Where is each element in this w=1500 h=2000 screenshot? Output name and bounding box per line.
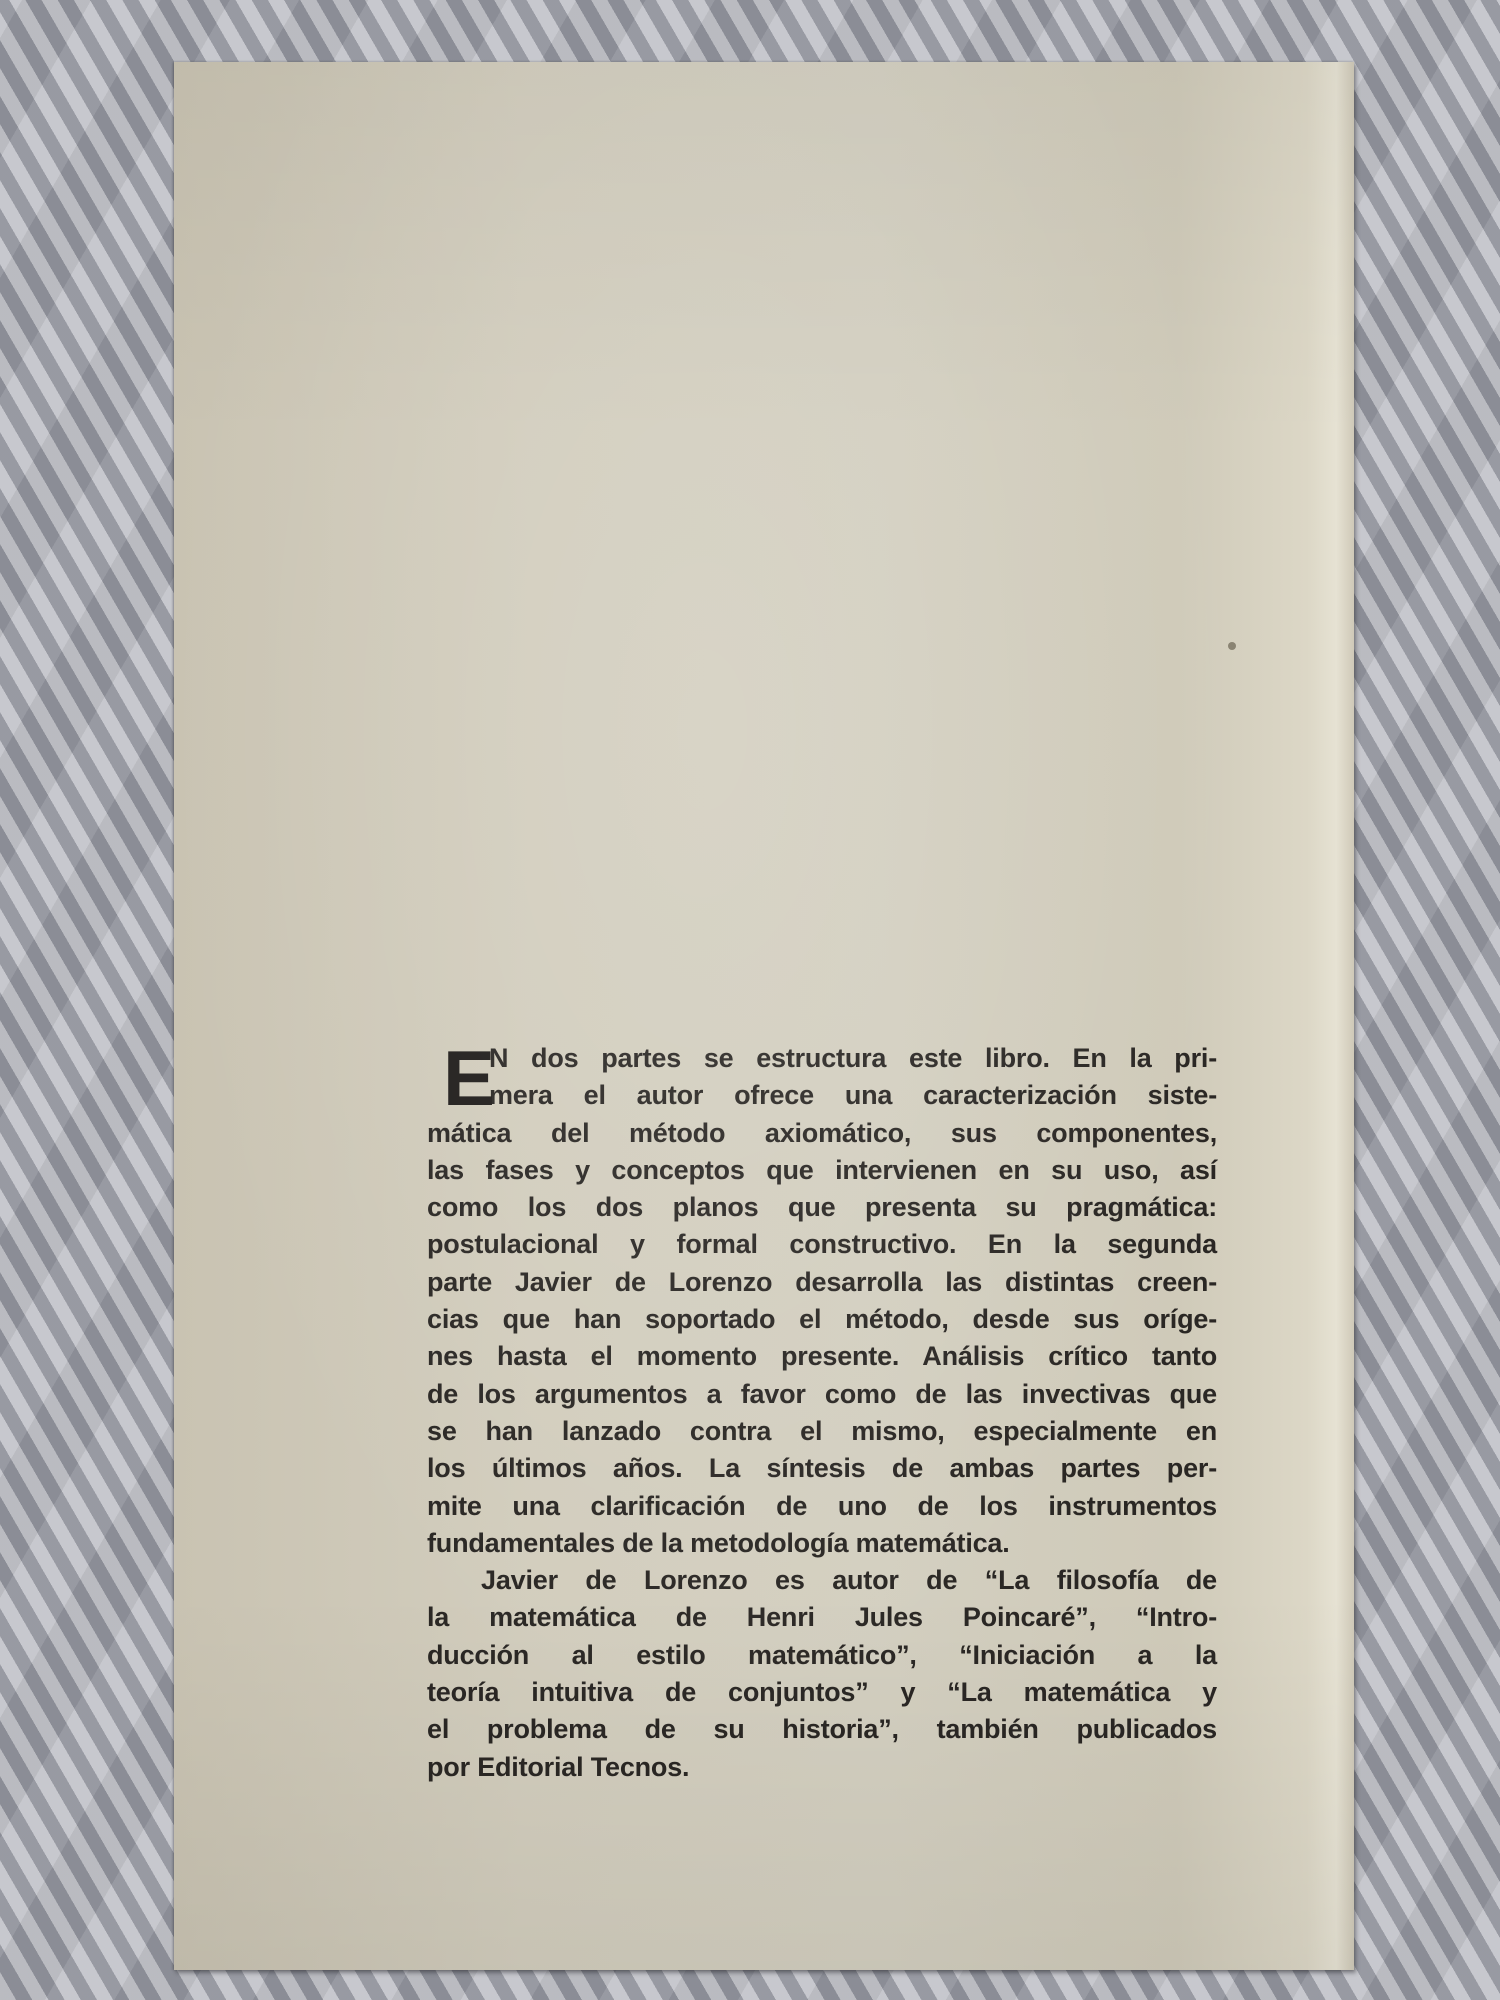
text-line: se han lanzado contra el mismo, especial… — [427, 1413, 1217, 1450]
text-line: cias que han soportado el método, desde … — [427, 1301, 1217, 1338]
text-line: nes hasta el momento presente. Análisis … — [427, 1338, 1217, 1375]
text-line: teoría intuitiva de conjuntos” y “La mat… — [427, 1674, 1217, 1711]
text-line: el problema de su historia”, también pub… — [427, 1711, 1217, 1748]
cover-blemish — [1228, 642, 1236, 650]
text-line: mera el autor ofrece una caracterización… — [427, 1077, 1217, 1114]
text-line: la matemática de Henri Jules Poincaré”, … — [427, 1599, 1217, 1636]
text-line: de los argumentos a favor como de las in… — [427, 1376, 1217, 1413]
text-line: mática del método axiomático, sus compon… — [427, 1115, 1217, 1152]
blurb-paragraph-2: Javier de Lorenzo es autor de “La filoso… — [427, 1562, 1217, 1786]
text-line: fundamentales de la metodología matemáti… — [427, 1525, 1217, 1562]
text-line: mite una clarificación de uno de los ins… — [427, 1488, 1217, 1525]
text-line: como los dos planos que presenta su prag… — [427, 1189, 1217, 1226]
text-line: Javier de Lorenzo es autor de “La filoso… — [427, 1562, 1217, 1599]
text-line: por Editorial Tecnos. — [427, 1749, 1217, 1786]
text-line: ducción al estilo matemático”, “Iniciaci… — [427, 1637, 1217, 1674]
drop-cap: E — [443, 1045, 495, 1111]
text-line: N dos partes se estructura este libro. E… — [427, 1040, 1217, 1077]
book-back-cover: E N dos partes se estructura este libro.… — [174, 62, 1354, 1970]
text-line: postulacional y formal constructivo. En … — [427, 1226, 1217, 1263]
text-line: las fases y conceptos que intervienen en… — [427, 1152, 1217, 1189]
back-cover-blurb: E N dos partes se estructura este libro.… — [427, 1040, 1217, 1786]
blurb-paragraph-1: N dos partes se estructura este libro. E… — [427, 1040, 1217, 1562]
text-line: parte Javier de Lorenzo desarrolla las d… — [427, 1264, 1217, 1301]
text-line: los últimos años. La síntesis de ambas p… — [427, 1450, 1217, 1487]
